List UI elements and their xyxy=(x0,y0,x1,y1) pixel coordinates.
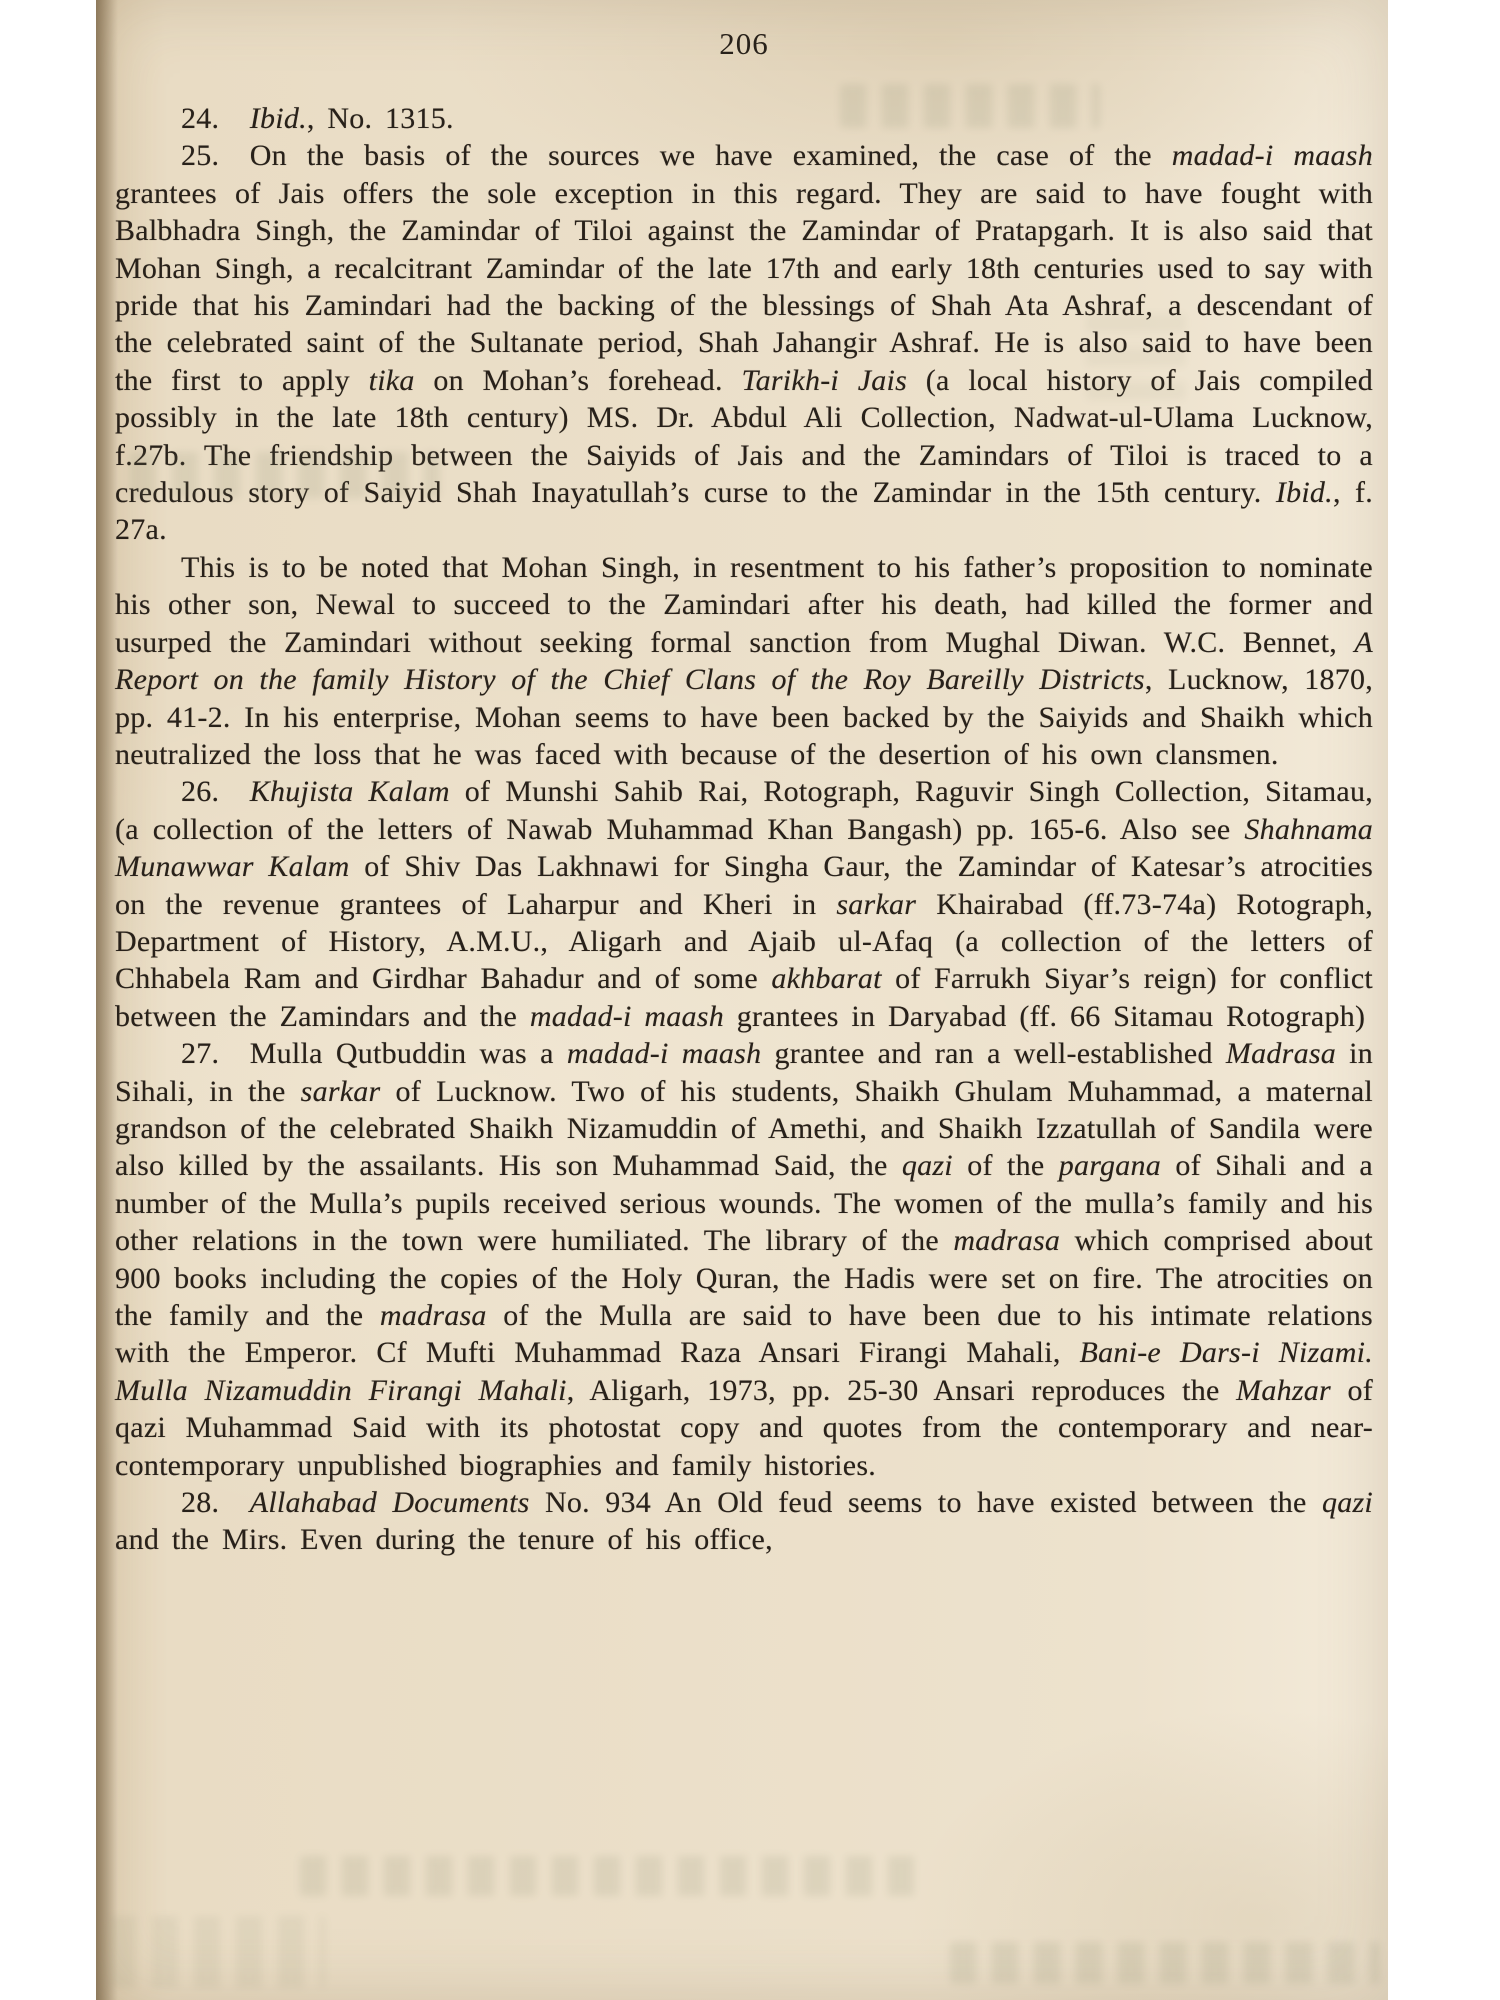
footnote-paragraph-note-24: 24. Ibid., No. 1315. xyxy=(115,100,1373,137)
footnote-paragraph-note-27: 27. Mulla Qutbuddin was a madad-i maash … xyxy=(115,1035,1373,1484)
book-page: 206 24. Ibid., No. 1315.25. On the basis… xyxy=(96,0,1388,2000)
bleedthrough-artifact xyxy=(300,1856,920,1896)
footnote-paragraph-note-28: 28. Allahabad Documents No. 934 An Old f… xyxy=(115,1484,1373,1559)
footnote-paragraph-note-25: 25. On the basis of the sources we have … xyxy=(115,137,1373,548)
footnotes-text-block: 24. Ibid., No. 1315.25. On the basis of … xyxy=(115,100,1373,1559)
bleedthrough-artifact xyxy=(950,1942,1380,1984)
bleedthrough-artifact xyxy=(110,1916,325,1988)
footnote-paragraph-note-26: 26. Khujista Kalam of Munshi Sahib Rai, … xyxy=(115,773,1373,1035)
scanned-book-page-canvas: 206 24. Ibid., No. 1315.25. On the basis… xyxy=(0,0,1500,2000)
page-number: 206 xyxy=(115,26,1373,62)
footnote-paragraph-note-25-continued: This is to be noted that Mohan Singh, in… xyxy=(115,549,1373,773)
